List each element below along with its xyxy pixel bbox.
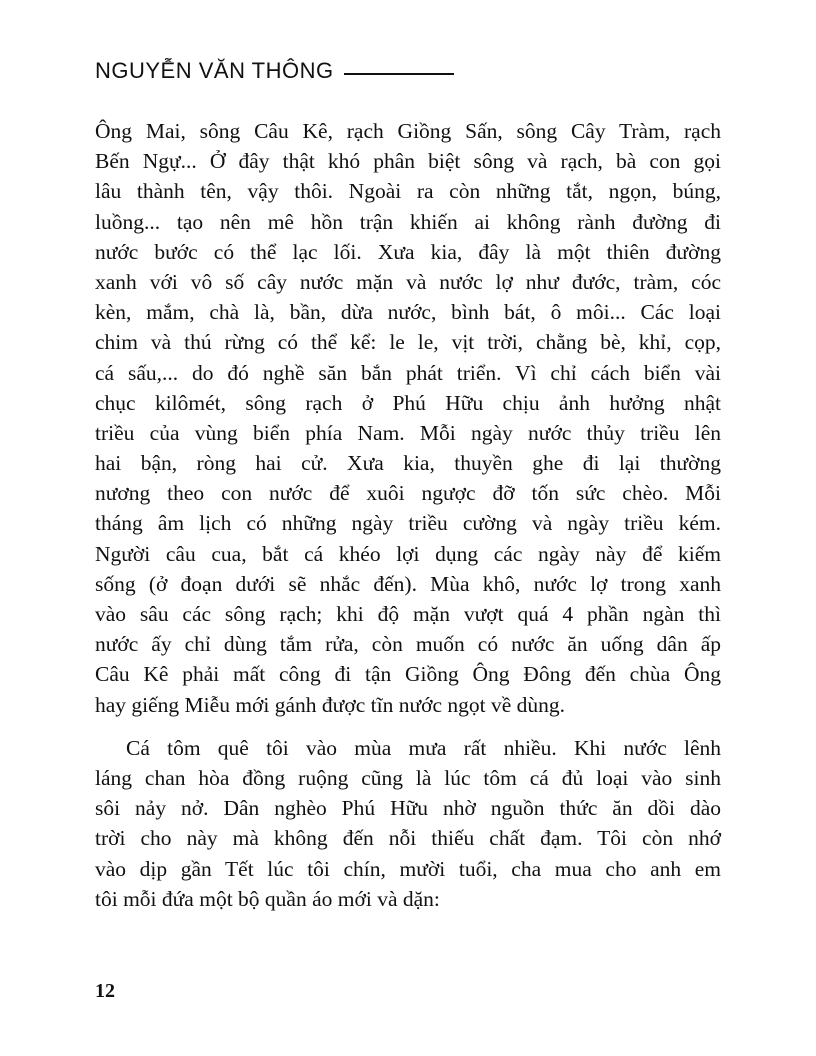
text-line: lâu thành tên, vậy thôi. Ngoài ra còn nh… bbox=[95, 176, 721, 206]
paragraph-1: Ông Mai, sông Câu Kê, rạch Giồng Sấn, sô… bbox=[95, 116, 721, 720]
author-name: NGUYỄN VĂN THÔNG bbox=[95, 58, 334, 84]
text-line: tôi mỗi đứa một bộ quần áo mới và dặn: bbox=[95, 884, 721, 914]
page-number: 12 bbox=[95, 980, 115, 1003]
text-line: vào dịp gần Tết lúc tôi chín, mười tuổi,… bbox=[95, 854, 721, 884]
paragraph-2: Cá tôm quê tôi vào mùa mưa rất nhiều. Kh… bbox=[95, 733, 721, 914]
text-line: xanh với vô số cây nước mặn và nước lợ n… bbox=[95, 267, 721, 297]
text-line: Câu Kê phải mất công đi tận Giồng Ông Đô… bbox=[95, 659, 721, 689]
text-line: nước ấy chỉ dùng tắm rửa, còn muốn có nư… bbox=[95, 629, 721, 659]
header-rule bbox=[344, 73, 454, 75]
running-header: NGUYỄN VĂN THÔNG bbox=[95, 58, 454, 84]
text-line: chục kilômét, sông rạch ở Phú Hữu chịu ả… bbox=[95, 388, 721, 418]
text-line: hai bận, ròng hai cử. Xưa kia, thuyền gh… bbox=[95, 448, 721, 478]
text-line: luồng... tạo nên mê hồn trận khiến ai kh… bbox=[95, 207, 721, 237]
text-line: cá sấu,... do đó nghề săn bắn phát triển… bbox=[95, 358, 721, 388]
text-line: Bến Ngự... Ở đây thật khó phân biệt sông… bbox=[95, 146, 721, 176]
text-line: kèn, mắm, chà là, bần, dừa nước, bình bá… bbox=[95, 297, 721, 327]
text-line: vào sâu các sông rạch; khi độ mặn vượt q… bbox=[95, 599, 721, 629]
text-line: sống (ở đoạn dưới sẽ nhắc đến). Mùa khô,… bbox=[95, 569, 721, 599]
text-line: láng chan hòa đồng ruộng cũng là lúc tôm… bbox=[95, 763, 721, 793]
text-line: tháng âm lịch có những ngày triều cường … bbox=[95, 508, 721, 538]
body-text: Ông Mai, sông Câu Kê, rạch Giồng Sấn, sô… bbox=[95, 116, 721, 914]
text-line: sôi nảy nở. Dân nghèo Phú Hữu nhờ nguồn … bbox=[95, 793, 721, 823]
text-line: Ông Mai, sông Câu Kê, rạch Giồng Sấn, sô… bbox=[95, 116, 721, 146]
text-line: Người câu cua, bắt cá khéo lợi dụng các … bbox=[95, 539, 721, 569]
text-line: nước bước có thể lạc lối. Xưa kia, đây l… bbox=[95, 237, 721, 267]
text-line: hay giếng Miễu mới gánh được tĩn nước ng… bbox=[95, 690, 721, 720]
text-line: chim và thú rừng có thể kể: le le, vịt t… bbox=[95, 327, 721, 357]
text-line: nương theo con nước để xuôi ngược đỡ tốn… bbox=[95, 478, 721, 508]
paragraph-gap bbox=[95, 720, 721, 733]
text-line: Cá tôm quê tôi vào mùa mưa rất nhiều. Kh… bbox=[95, 733, 721, 763]
text-line: trời cho này mà không đến nỗi thiếu chất… bbox=[95, 823, 721, 853]
text-line: triều của vùng biển phía Nam. Mỗi ngày n… bbox=[95, 418, 721, 448]
